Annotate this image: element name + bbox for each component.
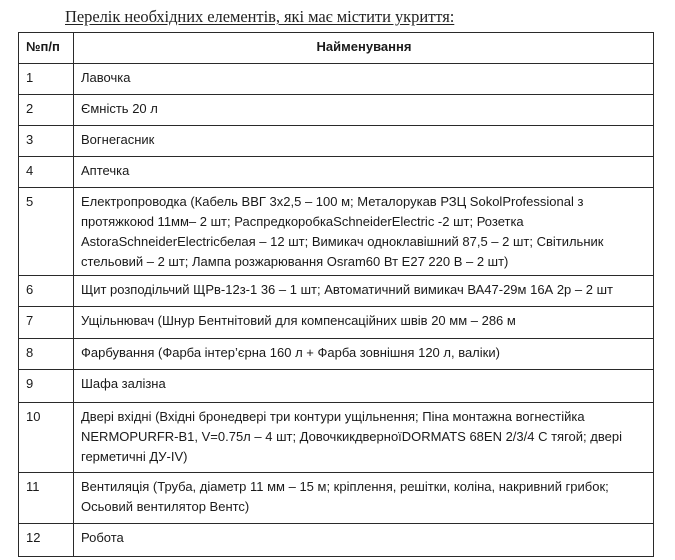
table-row: 12 Робота bbox=[19, 524, 654, 557]
table-header-row: №п/п Найменування bbox=[19, 33, 654, 64]
header-name: Найменування bbox=[74, 33, 654, 64]
table-row: 8 Фарбування (Фарба інтер’єрна 160 л + Ф… bbox=[19, 339, 654, 370]
document-title: Перелік необхідних елементів, які має мі… bbox=[65, 7, 454, 27]
row-name: Ємність 20 л bbox=[74, 95, 654, 126]
row-number: 1 bbox=[19, 64, 74, 95]
row-name: Щит розподільчий ЩРв-12з-1 36 – 1 шт; Ав… bbox=[74, 276, 654, 307]
row-number: 7 bbox=[19, 307, 74, 339]
row-name: Електропроводка (Кабель ВВГ 3х2,5 – 100 … bbox=[74, 188, 654, 276]
row-number: 6 bbox=[19, 276, 74, 307]
row-name: Вогнегасник bbox=[74, 126, 654, 157]
table-row: 11 Вентиляція (Труба, діаметр 11 мм – 15… bbox=[19, 473, 654, 524]
table-row: 9 Шафа залізна bbox=[19, 370, 654, 403]
row-number: 12 bbox=[19, 524, 74, 557]
header-number: №п/п bbox=[19, 33, 74, 64]
table-row: 4 Аптечка bbox=[19, 157, 654, 188]
row-number: 3 bbox=[19, 126, 74, 157]
table-row: 3 Вогнегасник bbox=[19, 126, 654, 157]
row-name: Двері вхідні (Вхідні бронедвері три конт… bbox=[74, 403, 654, 473]
row-name: Шафа залізна bbox=[74, 370, 654, 403]
table-row: 5 Електропроводка (Кабель ВВГ 3х2,5 – 10… bbox=[19, 188, 654, 276]
row-name: Лавочка bbox=[74, 64, 654, 95]
table-row: 6 Щит розподільчий ЩРв-12з-1 36 – 1 шт; … bbox=[19, 276, 654, 307]
table-row: 10 Двері вхідні (Вхідні бронедвері три к… bbox=[19, 403, 654, 473]
row-number: 2 bbox=[19, 95, 74, 126]
elements-table: №п/п Найменування 1 Лавочка 2 Ємність 20… bbox=[18, 32, 654, 557]
row-number: 4 bbox=[19, 157, 74, 188]
row-name: Аптечка bbox=[74, 157, 654, 188]
row-number: 5 bbox=[19, 188, 74, 276]
row-number: 9 bbox=[19, 370, 74, 403]
row-number: 11 bbox=[19, 473, 74, 524]
row-name: Фарбування (Фарба інтер’єрна 160 л + Фар… bbox=[74, 339, 654, 370]
row-name: Вентиляція (Труба, діаметр 11 мм – 15 м;… bbox=[74, 473, 654, 524]
row-number: 10 bbox=[19, 403, 74, 473]
table-row: 2 Ємність 20 л bbox=[19, 95, 654, 126]
row-name: Робота bbox=[74, 524, 654, 557]
table-row: 7 Ущільнювач (Шнур Бентнітовий для компе… bbox=[19, 307, 654, 339]
row-name: Ущільнювач (Шнур Бентнітовий для компенс… bbox=[74, 307, 654, 339]
table-row: 1 Лавочка bbox=[19, 64, 654, 95]
row-number: 8 bbox=[19, 339, 74, 370]
